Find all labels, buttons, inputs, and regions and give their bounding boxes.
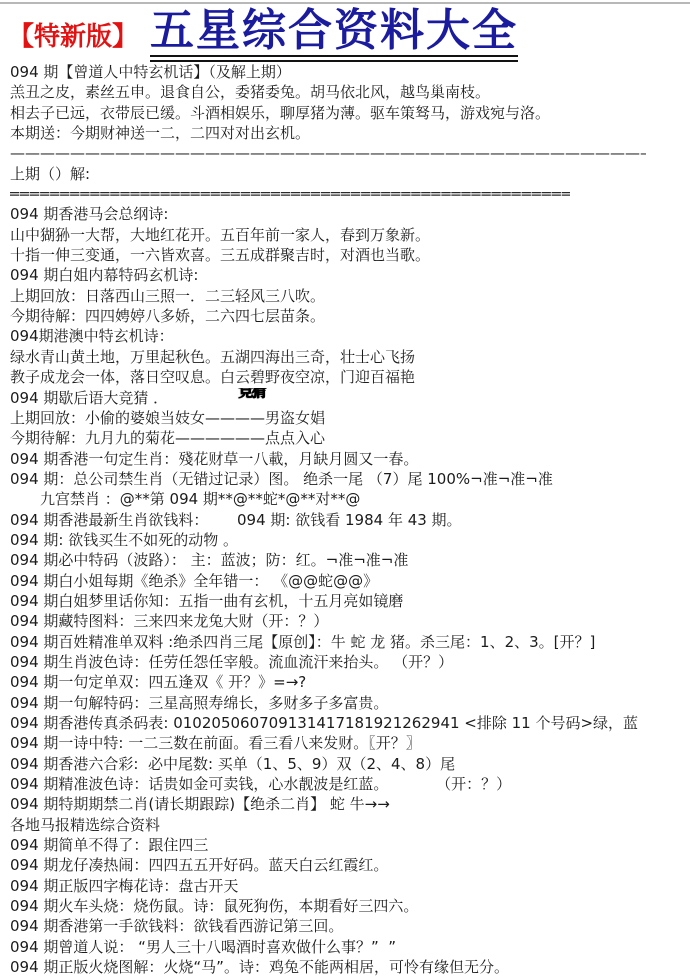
content-line: 094 期【曾道人中特玄机话】（及解上期） xyxy=(10,62,686,82)
line-text: 094 期正版火烧图解：火烧“马”。诗：鸡兔不能两相居，可怜有缘但无分。 xyxy=(10,958,509,976)
line-text: 094 期香港六合彩: 必中尾数: 买单（1、5、9）双（2、4、8）尾 xyxy=(10,755,455,773)
line-text: ————————————————————————————————————————… xyxy=(10,144,646,162)
line-text: 094 期白小姐每期《绝杀》全年错一： 《@@蛇@@》 xyxy=(10,572,378,590)
line-text: 094 期一诗中特: 一二三数在前面。看三看八来发财。〖开？〗 xyxy=(10,734,421,752)
line-text: 094 期香港第一手欲钱料：欲钱看西游记第三回。 xyxy=(10,917,343,935)
divider-line: ════════════════════════════════════════… xyxy=(10,184,570,204)
content-line: 山中猢狲一大帮，大地红花开。五百年前一家人，春到万象新。 xyxy=(10,225,686,245)
line-text: ════════════════════════════════════════… xyxy=(10,185,570,203)
content-line: 本期送：今期财神送一二，二四对对出玄机。 xyxy=(10,123,686,143)
content-line: 094 期香港第一手欲钱料：欲钱看西游记第三回。 xyxy=(10,916,686,936)
masthead: 【特新版】 五星综合资料大全 xyxy=(0,4,690,62)
content-line: 094 期简单不得了：跟住四三 xyxy=(10,835,686,855)
line-text: 094 期正版四字梅花诗：盘古开天 xyxy=(10,877,238,895)
content-line: 九宫禁肖 ：@**第 094 期**@**蛇*@**对**@ xyxy=(10,489,686,509)
line-text: 094 期白姐梦里话你知：五指一曲有玄机，十五月亮如镜磨 xyxy=(10,592,403,610)
content-line: 094 期香港最新生肖欲钱料： 094 期: 欲钱看 1984 年 43 期。 xyxy=(10,510,686,530)
page-title: 五星综合资料大全 xyxy=(150,8,518,62)
line-text: 各地马报精选综合资料 xyxy=(10,816,160,834)
line-text: 094 期白姐内幕特码玄机诗: xyxy=(10,266,198,284)
lottery-info-sheet: 【特新版】 五星综合资料大全 094 期【曾道人中特玄机话】（及解上期）羔丑之皮… xyxy=(0,0,690,980)
line-text: 094 期：总公司禁生肖（无错过记录）图。 绝杀一尾 （7）尾 100%¬准¬准… xyxy=(10,470,553,488)
line-text: 九宫禁肖 ：@**第 094 期**@**蛇*@**对**@ xyxy=(10,490,360,508)
content-line: 094期港澳中特玄机诗： xyxy=(10,326,686,346)
line-text: 094 期香港一句定生肖：殘花财草一八載，月缺月圆又一春。 xyxy=(10,450,418,468)
content-line: 094 期百姓精准单双料 :绝杀四肖三尾【原创】：牛 蛇 龙 猪。杀三尾：1、2… xyxy=(10,632,686,652)
line-text: 绿水青山黄土地，万里起秋色。五湖四海出三奇，壮士心飞扬 xyxy=(10,348,415,366)
line-text: 094 期简单不得了：跟住四三 xyxy=(10,836,208,854)
content-line: 094 期一诗中特: 一二三数在前面。看三看八来发财。〖开？〗 xyxy=(10,733,686,753)
content-line: 094 期白姐内幕特码玄机诗: xyxy=(10,265,686,285)
line-text: 094 期【曾道人中特玄机话】（及解上期） xyxy=(10,63,291,81)
content-line: 094 期香港一句定生肖：殘花财草一八載，月缺月圆又一春。 xyxy=(10,449,686,469)
content-line: 094 期必中特码（波路）： 主：蓝波；防：红。¬准¬准¬准 xyxy=(10,550,686,570)
content-line: 094 期正版四字梅花诗：盘古开天 xyxy=(10,876,686,896)
content-line: 094 期香港马会总纲诗: xyxy=(10,204,686,224)
content-line: 094 期龙仔凑热闹：四四五五开好码。蓝天白云红霞红。 xyxy=(10,855,686,875)
content-line: 094 期香港六合彩: 必中尾数: 买单（1、5、9）双（2、4、8）尾 xyxy=(10,754,686,774)
line-text: 094 期香港马会总纲诗: xyxy=(10,205,168,223)
overprint-smudge: 竞猜 xyxy=(238,388,264,403)
content-line: 094 期火车头烧：烧伤鼠。诗：鼠死狗伤，本期看好三四六。 xyxy=(10,896,686,916)
content-line: 今期待解：四四娉婷八多娇，二六四七层苗条。 xyxy=(10,306,686,326)
line-text: 094 期火车头烧：烧伤鼠。诗：鼠死狗伤，本期看好三四六。 xyxy=(10,897,418,915)
line-text: 山中猢狲一大帮，大地红花开。五百年前一家人，春到万象新。 xyxy=(10,226,430,244)
line-text: 上期回放：小偷的婆娘当妓女————男盗女娼 xyxy=(10,409,325,427)
line-text: 上期回放：日落西山三照一．二三轻风三八吹。 xyxy=(10,287,325,305)
content-area: 094 期【曾道人中特玄机话】（及解上期）羔丑之皮，素丝五申。退食自公，委猪委兔… xyxy=(0,62,690,977)
line-text: 十指一伸三变通，一六皆欢喜。三五成群聚吉时，对酒也当歌。 xyxy=(10,246,430,264)
content-line: 094 期：总公司禁生肖（无错过记录）图。 绝杀一尾 （7）尾 100%¬准¬准… xyxy=(10,469,686,489)
line-text: 094期港澳中特玄机诗： xyxy=(10,327,174,345)
content-line: 上期回放：小偷的婆娘当妓女————男盗女娼 xyxy=(10,408,686,428)
line-text: 094 期生肖波色诗：任劳任怨任宰般。流血流汗来抬头。 （开？） xyxy=(10,653,453,671)
line-text: 本期送：今期财神送一二，二四对对出玄机。 xyxy=(10,124,310,142)
line-text: 094 期香港传真杀码表: 01020506070913141718192126… xyxy=(10,714,638,732)
content-line: 相去子已远，衣带辰已缓。斗酒相娱乐，聊厚猪为薄。驱车策驽马，游戏宛与洛。 xyxy=(10,103,686,123)
line-text: 094 期一句解特码：三星高照寿绵长，多财多子多富贵。 xyxy=(10,694,388,712)
line-text: 094 期特期期禁二肖(请长期跟踪)【绝杀二肖】 蛇 牛→→ xyxy=(10,795,390,813)
content-line: 094 期特期期禁二肖(请长期跟踪)【绝杀二肖】 蛇 牛→→ xyxy=(10,794,686,814)
content-line: 各地马报精选综合资料 xyxy=(10,815,686,835)
content-line: 十指一伸三变通，一六皆欢喜。三五成群聚吉时，对酒也当歌。 xyxy=(10,245,686,265)
line-text: 094 期必中特码（波路）： 主：蓝波；防：红。¬准¬准¬准 xyxy=(10,551,408,569)
line-text: 相去子已远，衣带辰已缓。斗酒相娱乐，聊厚猪为薄。驱车策驽马，游戏宛与洛。 xyxy=(10,104,550,122)
line-text: 教子成龙会一体，落日空叹息。白云碧野夜空凉，门迎百福艳 xyxy=(10,368,415,386)
content-line: 094 期正版火烧图解：火烧“马”。诗：鸡兔不能两相居，可怜有缘但无分。 xyxy=(10,957,686,977)
divider-line: ————————————————————————————————————————… xyxy=(10,143,646,163)
content-line: 094 期香港传真杀码表: 01020506070913141718192126… xyxy=(10,713,686,733)
content-line: 094 期曾道人说： “男人三十八喝酒时喜欢做什么事？” ” xyxy=(10,937,686,957)
content-line: 094 期一句解特码：三星高照寿绵长，多财多子多富贵。 xyxy=(10,693,686,713)
line-text: 今期待解：四四娉婷八多娇，二六四七层苗条。 xyxy=(10,307,325,325)
content-line: 今期待解：九月九的菊花——————点点入心 xyxy=(10,428,686,448)
content-line: 094 期精准波色诗：话贵如金可卖钱，心水靓波是红蓝。 （开：？） xyxy=(10,774,686,794)
line-text: 094 期精准波色诗：话贵如金可卖钱，心水靓波是红蓝。 （开：？） xyxy=(10,775,511,793)
content-line: 教子成龙会一体，落日空叹息。白云碧野夜空凉，门迎百福艳 xyxy=(10,367,686,387)
content-line: 094 期生肖波色诗：任劳任怨任宰般。流血流汗来抬头。 （开？） xyxy=(10,652,686,672)
line-text: 094 期歇后语大竞猜 ． xyxy=(10,389,168,407)
content-line: 094 期白姐梦里话你知：五指一曲有玄机，十五月亮如镜磨 xyxy=(10,591,686,611)
line-text: 094 期百姓精准单双料 :绝杀四肖三尾【原创】：牛 蛇 龙 猪。杀三尾：1、2… xyxy=(10,633,595,651)
content-line: 上期（）解: xyxy=(10,164,686,184)
content-line: 094 期藏特图料：三来四来龙兔大财（开：？） xyxy=(10,611,686,631)
line-text: 094 期曾道人说： “男人三十八喝酒时喜欢做什么事？” ” xyxy=(10,938,396,956)
content-line: 094 期歇后语大竞猜 ．竞猜 xyxy=(10,388,686,408)
content-line: 094 期白小姐每期《绝杀》全年错一： 《@@蛇@@》 xyxy=(10,571,686,591)
line-text: 094 期: 欲钱买生不如死的动物 。 xyxy=(10,531,238,549)
edition-badge: 【特新版】 xyxy=(8,24,138,50)
line-text: 094 期一句定单双：四五逢双《 开？》=→? xyxy=(10,673,306,691)
line-text: 今期待解：九月九的菊花——————点点入心 xyxy=(10,429,325,447)
content-line: 羔丑之皮，素丝五申。退食自公，委猪委兔。胡马依北风，越鸟巢南枝。 xyxy=(10,82,686,102)
line-text: 094 期龙仔凑热闹：四四五五开好码。蓝天白云红霞红。 xyxy=(10,856,388,874)
content-line: 094 期: 欲钱买生不如死的动物 。 xyxy=(10,530,686,550)
line-text: 094 期香港最新生肖欲钱料： 094 期: 欲钱看 1984 年 43 期。 xyxy=(10,511,462,529)
content-line: 上期回放：日落西山三照一．二三轻风三八吹。 xyxy=(10,286,686,306)
line-text: 羔丑之皮，素丝五申。退食自公，委猪委兔。胡马依北风，越鸟巢南枝。 xyxy=(10,83,490,101)
line-text: 094 期藏特图料：三来四来龙兔大财（开：？） xyxy=(10,612,328,630)
content-line: 绿水青山黄土地，万里起秋色。五湖四海出三奇，壮士心飞扬 xyxy=(10,347,686,367)
line-text: 上期（）解: xyxy=(10,165,90,183)
content-line: 094 期一句定单双：四五逢双《 开？》=→? xyxy=(10,672,686,692)
